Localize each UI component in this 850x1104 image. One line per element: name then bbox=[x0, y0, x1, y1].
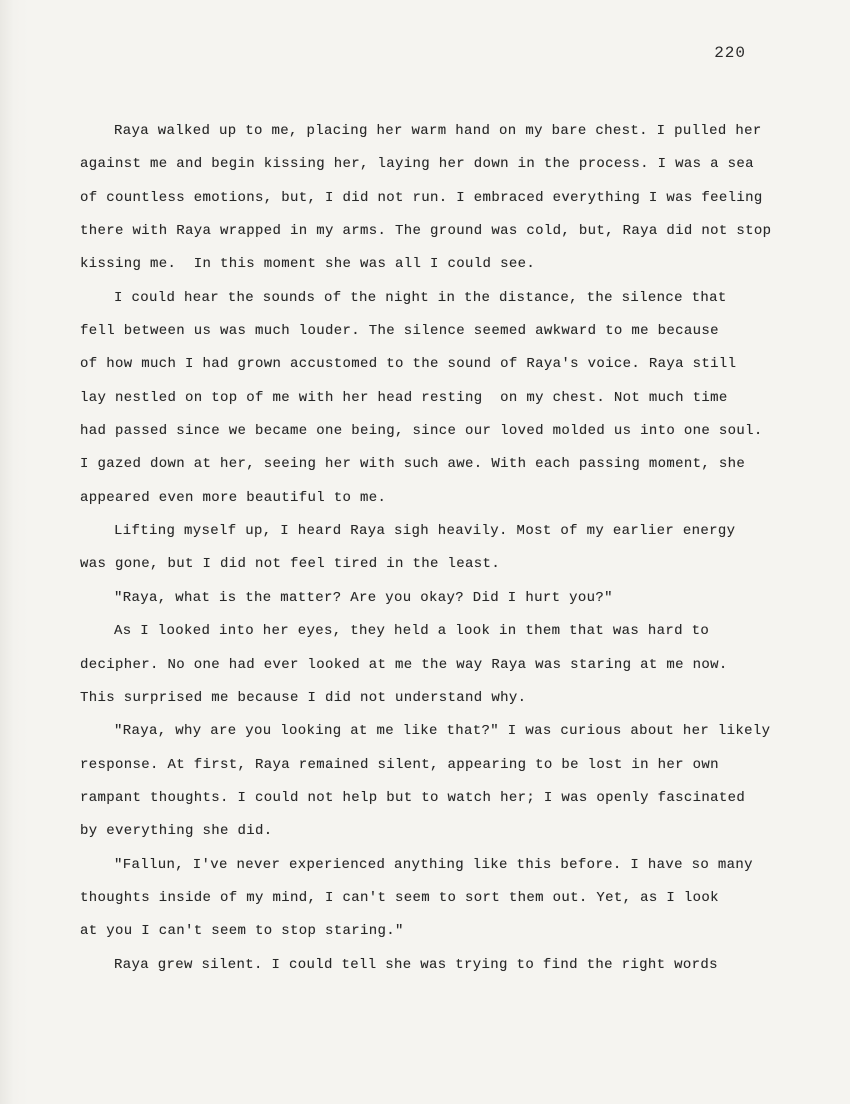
text-line: there with Raya wrapped in my arms. The … bbox=[80, 221, 770, 254]
text-line: fell between us was much louder. The sil… bbox=[80, 321, 770, 354]
text-line: "Raya, why are you looking at me like th… bbox=[80, 721, 770, 754]
text-line: was gone, but I did not feel tired in th… bbox=[80, 554, 770, 587]
text-line: of how much I had grown accustomed to th… bbox=[80, 354, 770, 387]
text-line: I could hear the sounds of the night in … bbox=[80, 288, 770, 321]
text-line: "Fallun, I've never experienced anything… bbox=[80, 855, 770, 888]
text-line: Raya grew silent. I could tell she was t… bbox=[80, 955, 770, 988]
text-line: appeared even more beautiful to me. bbox=[80, 488, 770, 521]
text-line: decipher. No one had ever looked at me t… bbox=[80, 655, 770, 688]
text-line: This surprised me because I did not unde… bbox=[80, 688, 770, 721]
text-line: Raya walked up to me, placing her warm h… bbox=[80, 121, 770, 154]
text-line: at you I can't seem to stop staring." bbox=[80, 921, 770, 954]
text-line: rampant thoughts. I could not help but t… bbox=[80, 788, 770, 821]
manuscript-page: 220 Raya walked up to me, placing her wa… bbox=[0, 0, 850, 1104]
page-body-text: Raya walked up to me, placing her warm h… bbox=[80, 121, 770, 988]
text-line: I gazed down at her, seeing her with suc… bbox=[80, 454, 770, 487]
text-line: had passed since we became one being, si… bbox=[80, 421, 770, 454]
text-line: As I looked into her eyes, they held a l… bbox=[80, 621, 770, 654]
text-line: response. At first, Raya remained silent… bbox=[80, 755, 770, 788]
text-line: by everything she did. bbox=[80, 821, 770, 854]
text-line: of countless emotions, but, I did not ru… bbox=[80, 188, 770, 221]
text-line: against me and begin kissing her, laying… bbox=[80, 154, 770, 187]
text-line: Lifting myself up, I heard Raya sigh hea… bbox=[80, 521, 770, 554]
page-number: 220 bbox=[714, 44, 746, 62]
text-line: thoughts inside of my mind, I can't seem… bbox=[80, 888, 770, 921]
text-line: "Raya, what is the matter? Are you okay?… bbox=[80, 588, 770, 621]
text-line: lay nestled on top of me with her head r… bbox=[80, 388, 770, 421]
text-line: kissing me. In this moment she was all I… bbox=[80, 254, 770, 287]
